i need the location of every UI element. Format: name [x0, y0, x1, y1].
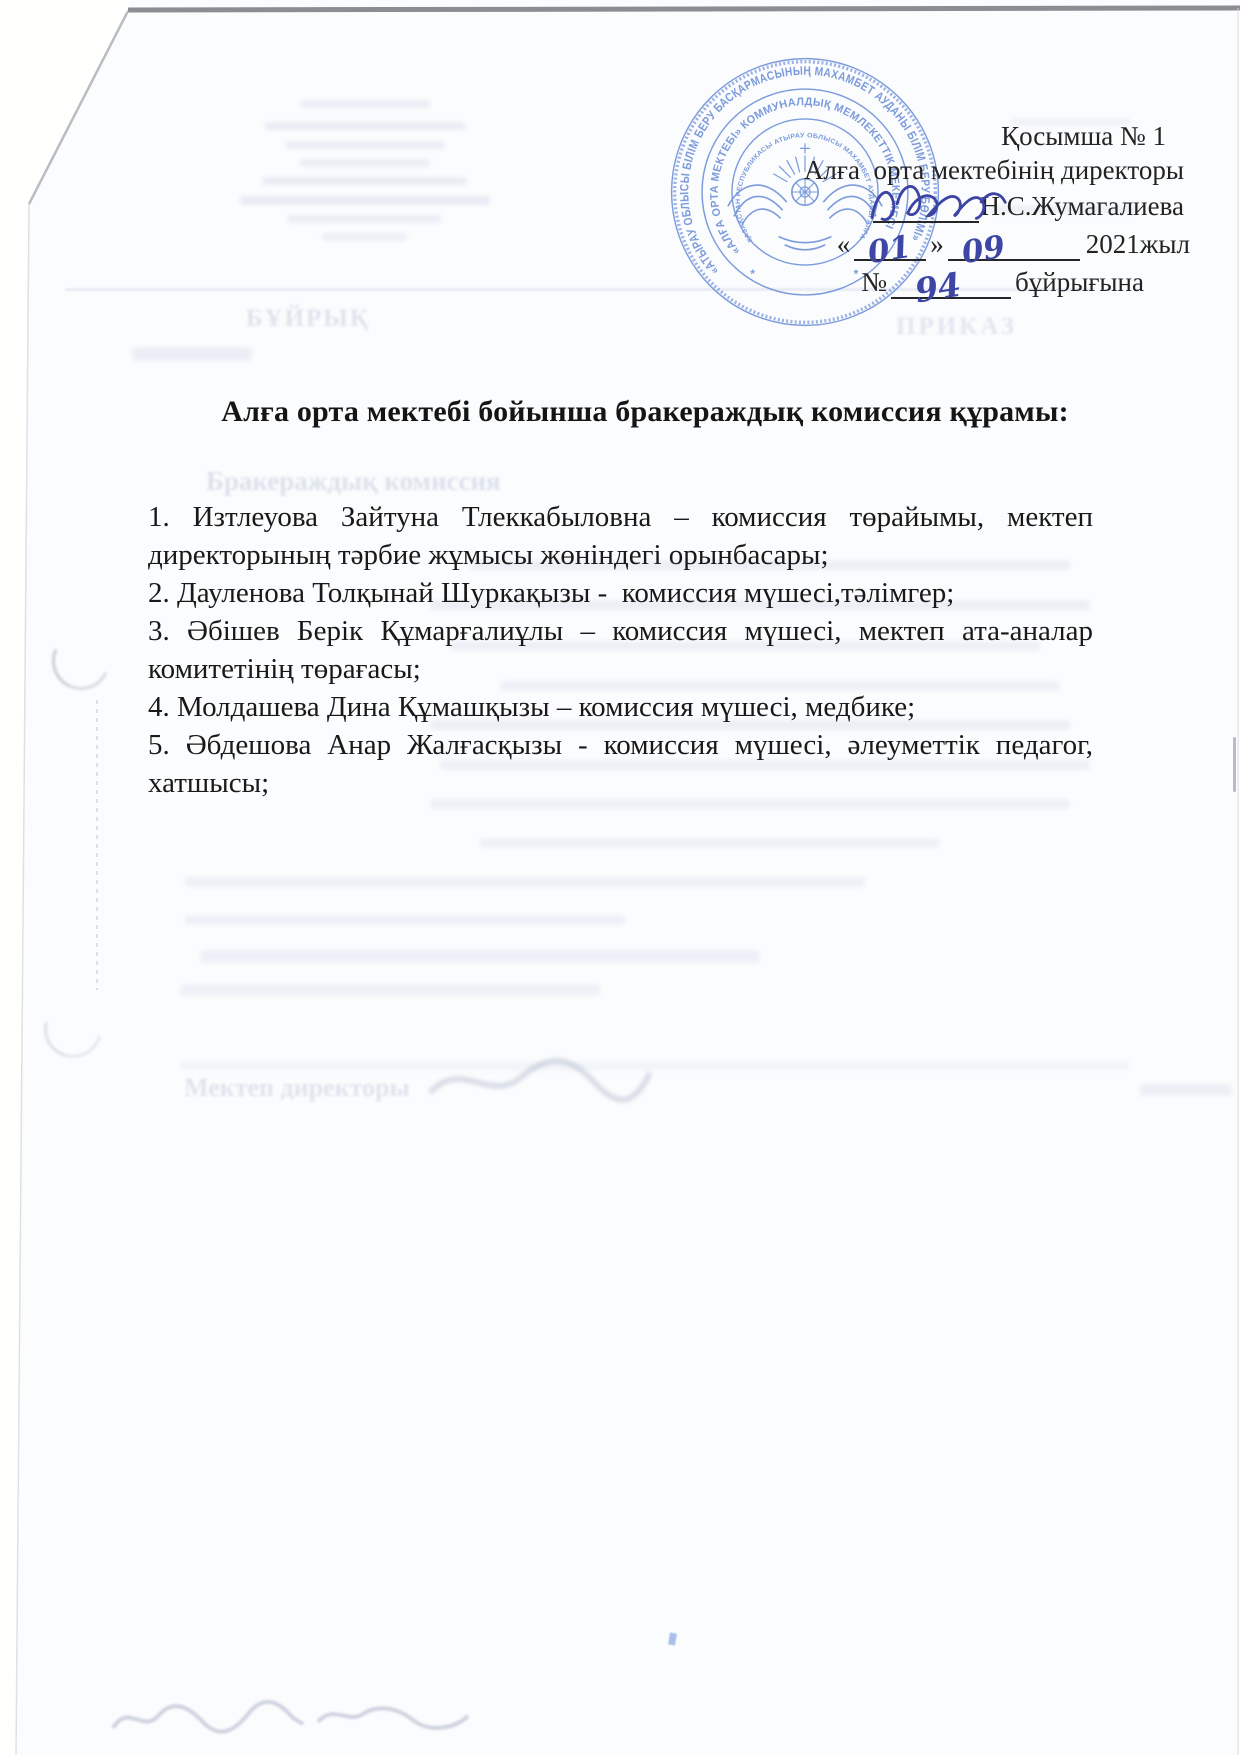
- stamp-separator-star: *: [750, 267, 755, 281]
- left-edge-artifact: [96, 700, 98, 990]
- right-edge-artifact: [1233, 737, 1236, 792]
- bleedthrough-smudge: [265, 122, 465, 130]
- bleedthrough-smudge: [185, 915, 625, 925]
- date-row: « 01 » 09 2021жыл: [837, 228, 1190, 261]
- appendix-number: Қосымша № 1: [1001, 120, 1166, 153]
- list-item: 3. Әбішев Берік Құмарғалиұлы – комиссия …: [148, 612, 1093, 688]
- handwritten-month: 09: [960, 232, 1007, 269]
- hole-punch-shadow: [44, 624, 118, 698]
- bleedthrough-word-left: БҰЙРЫҚ: [246, 305, 370, 333]
- bleedthrough-smudge: [180, 1062, 1130, 1070]
- year-label: 2021жыл: [1086, 228, 1190, 261]
- bottom-handwriting-ghost: [108, 1688, 578, 1748]
- open-quote: «: [837, 228, 851, 261]
- bleedthrough-heading: Бракераждық комиссия: [206, 466, 501, 497]
- day-line: 01: [854, 229, 926, 261]
- list-item: 5. Әбдешова Анар Жалғасқызы - комиссия м…: [148, 726, 1093, 802]
- handwritten-order-number: 94: [913, 268, 964, 308]
- page-edge: [0, 0, 1240, 1755]
- bleedthrough-smudge: [262, 177, 467, 185]
- list-item: 2. Дауленова Толқынай Шуркақызы - комисс…: [148, 574, 1093, 612]
- bleedthrough-footer-left: Мектеп директоры: [184, 1073, 410, 1103]
- order-no-sign: №: [861, 266, 887, 299]
- bleedthrough-smudge: [287, 215, 442, 223]
- order-number-line: 94: [891, 267, 1011, 299]
- bleedthrough-signature: [420, 1048, 660, 1118]
- commission-list: 1. Изтлеуова Зайтуна Тлеккабыловна – ком…: [148, 498, 1093, 802]
- month-line: 09: [948, 229, 1080, 261]
- list-item: 4. Молдашева Дина Құмашқызы – комиссия м…: [148, 688, 1093, 726]
- bleedthrough-smudge: [285, 141, 445, 149]
- bleedthrough-smudge: [240, 196, 490, 205]
- bleedthrough-smudge: [132, 347, 252, 361]
- hole-punch-shadow: [33, 989, 112, 1068]
- handwritten-day: 01: [866, 232, 913, 269]
- bleedthrough-smudge: [300, 100, 430, 108]
- ink-speck: [668, 1632, 677, 1645]
- stamp-separator-star: *: [854, 267, 859, 281]
- document-title: Алға орта мектебі бойынша бракераждық ко…: [150, 395, 1140, 429]
- director-signature-icon: [863, 171, 1013, 231]
- list-item: 1. Изтлеуова Зайтуна Тлеккабыловна – ком…: [148, 498, 1093, 574]
- order-row: № 94 бұйрығына: [861, 266, 1144, 299]
- scanned-page: БҰЙРЫҚ ПРИКАЗ Бракераждық комиссия Мекте…: [0, 0, 1240, 1755]
- bleedthrough-smudge: [180, 984, 600, 996]
- bleedthrough-smudge: [200, 950, 760, 963]
- signature-line: [873, 191, 979, 223]
- bleedthrough-smudge: [185, 877, 865, 887]
- signature-row: Н.С.Жумагалиева: [873, 190, 1185, 223]
- bleedthrough-smudge: [300, 159, 430, 167]
- order-suffix: бұйрығына: [1015, 266, 1144, 299]
- bleedthrough-smudge: [480, 838, 940, 848]
- bleedthrough-smudge: [322, 233, 407, 241]
- bleedthrough-smudge: [1140, 1084, 1232, 1096]
- close-quote: »: [930, 228, 944, 261]
- scanner-background: [0, 0, 150, 1755]
